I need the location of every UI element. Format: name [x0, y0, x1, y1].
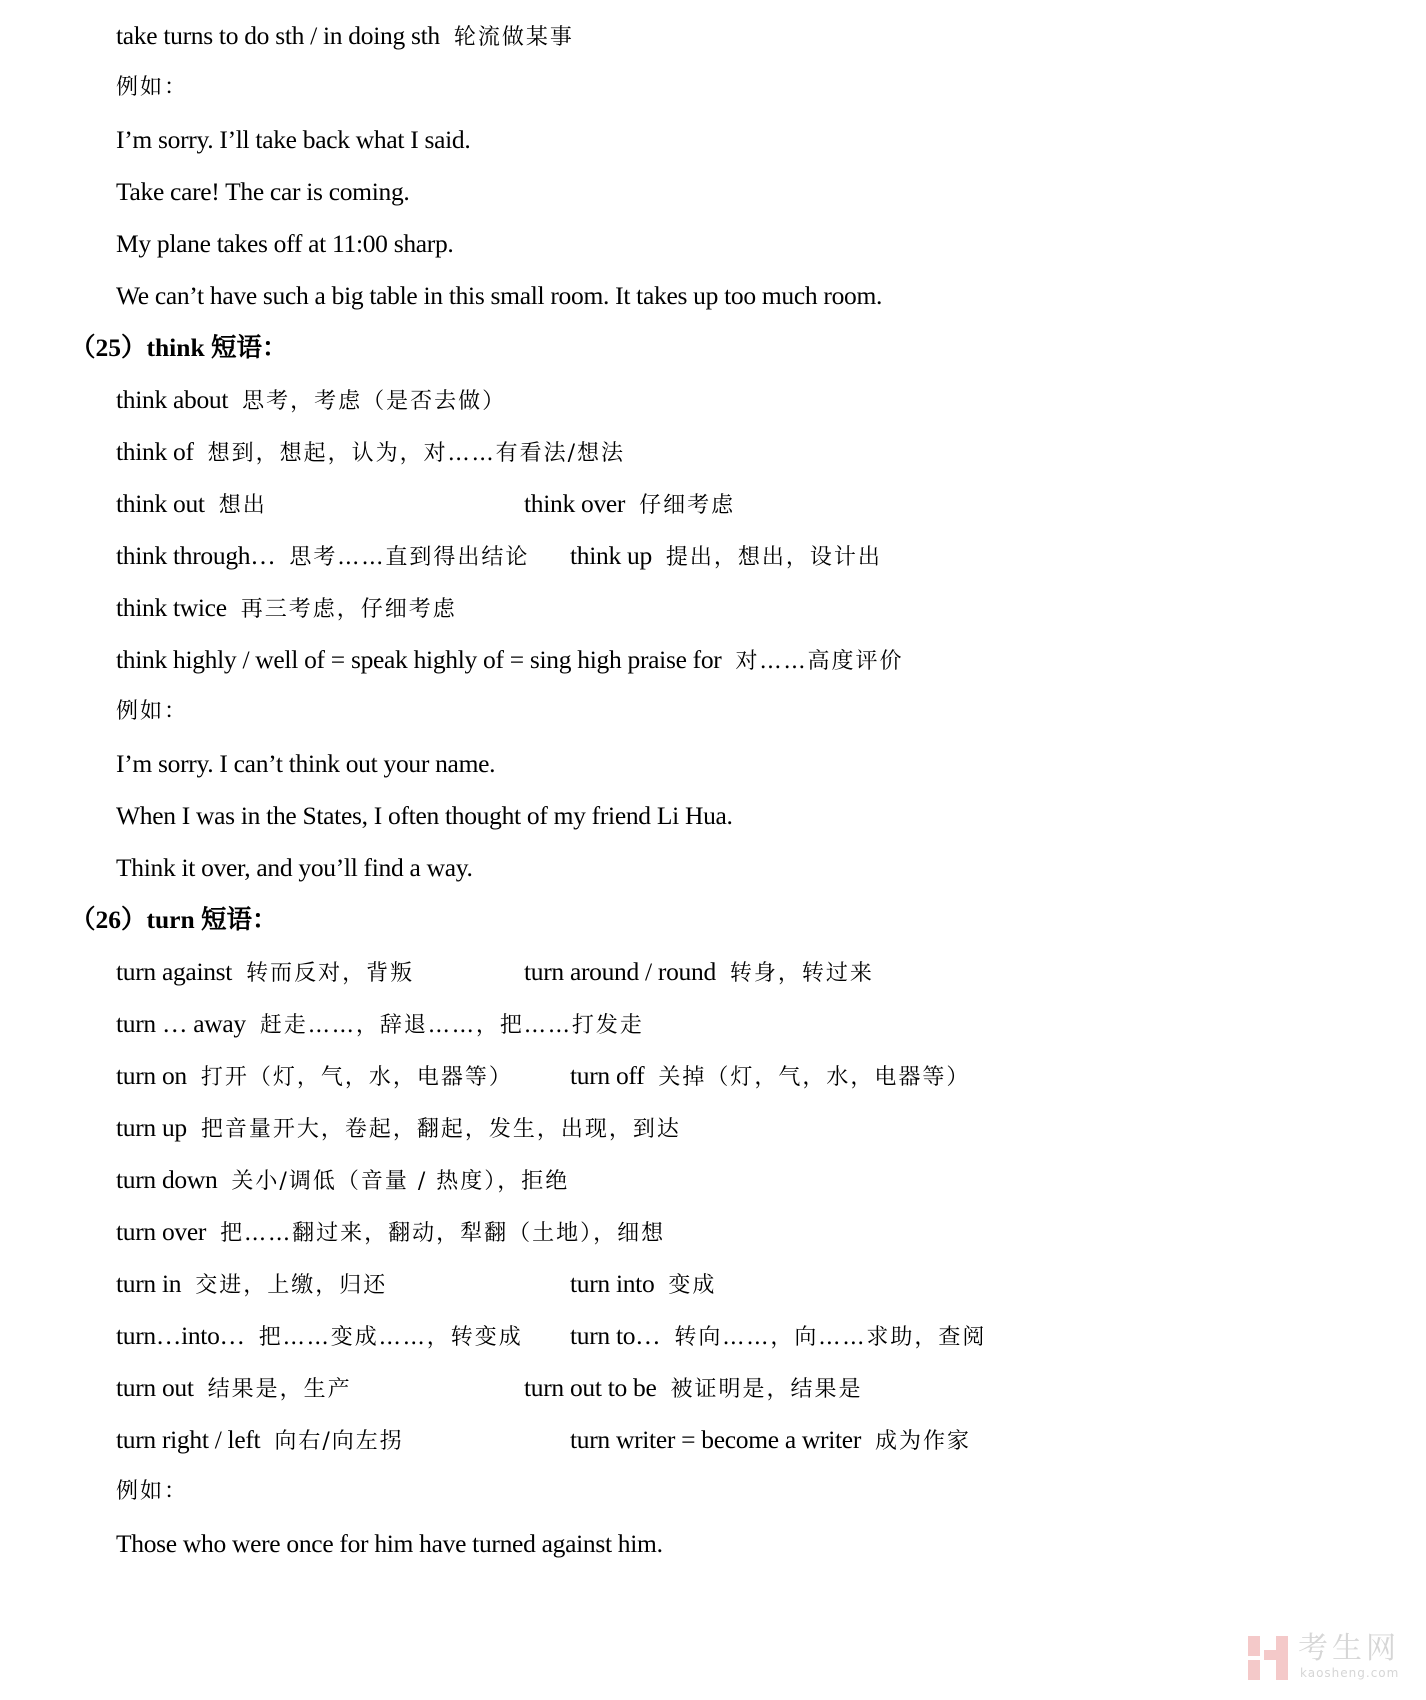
phrase-chinese: 关掉（灯，气，水，电器等）: [658, 1065, 970, 1090]
phrase-english: think twice: [116, 593, 227, 622]
phrase-chinese: 交进，上缴，归还: [195, 1273, 387, 1298]
phrase-chinese: 再三考虑，仔细考虑: [241, 597, 457, 622]
phrase-line: take turns to do sth / in doing sth轮流做某事: [116, 16, 574, 56]
phrase-english: turn in: [116, 1269, 181, 1298]
phrase-chinese: 对……高度评价: [736, 649, 904, 674]
phrase-column-2: turn around / round转身，转过来: [524, 952, 874, 994]
phrase-english: turn off: [570, 1061, 644, 1090]
phrase-column-2: turn out to be被证明是，结果是: [524, 1368, 863, 1410]
phrase-english: turn down: [116, 1165, 217, 1194]
phrase-line: think twice再三考虑，仔细考虑: [116, 588, 457, 628]
example-sentence: Think it over, and you’ll find a way.: [116, 848, 473, 888]
phrase-english: think out: [116, 489, 205, 518]
phrase-chinese: 转身，转过来: [730, 961, 874, 986]
example-sentence: Take care! The car is coming.: [116, 172, 409, 212]
phrase-chinese: 想出: [219, 493, 267, 518]
phrase-english: turn into: [570, 1269, 654, 1298]
phrase-chinese: 成为作家: [875, 1429, 971, 1454]
phrase-english: think through…: [116, 541, 275, 570]
phrase-line: turn in交进，上缴，归还 turn into变成: [116, 1264, 1016, 1304]
phrase-line: turn on打开（灯，气，水，电器等） turn off关掉（灯，气，水，电器…: [116, 1056, 1066, 1096]
phrase-chinese: 把……翻过来，翻动，犁翻（土地），细想: [220, 1221, 665, 1246]
section-heading-turn: （26）turn 短语：: [70, 900, 278, 940]
phrase-chinese: 打开（灯，气，水，电器等）: [201, 1065, 513, 1090]
phrase-english: take turns to do sth / in doing sth: [116, 21, 440, 50]
phrase-english: think over: [524, 489, 625, 518]
watermark-subtitle: kaosheng.com: [1300, 1666, 1399, 1680]
phrase-line: think highly / well of = speak highly of…: [116, 640, 904, 680]
phrase-line: turn … away赶走……，辞退……，把……打发走: [116, 1004, 644, 1044]
watermark-title: 考生网: [1298, 1632, 1400, 1666]
phrase-line: think of想到，想起，认为，对……有看法/想法: [116, 432, 625, 472]
phrase-english: think highly / well of = speak highly of…: [116, 645, 722, 674]
phrase-english: think about: [116, 385, 228, 414]
phrase-column-2: turn to…转向……，向……求助，查阅: [570, 1316, 986, 1358]
phrase-line: turn out结果是，生产 turn out to be被证明是，结果是: [116, 1368, 1016, 1408]
phrase-line: turn over把……翻过来，翻动，犁翻（土地），细想: [116, 1212, 665, 1252]
phrase-line: think out想出 think over仔细考虑: [116, 484, 1016, 524]
example-sentence: I’m sorry. I’ll take back what I said.: [116, 120, 470, 160]
phrase-column-2: think over仔细考虑: [524, 484, 735, 526]
phrase-line: think about思考，考虑（是否去做）: [116, 380, 506, 420]
phrase-chinese: 轮流做某事: [454, 25, 574, 50]
phrase-chinese: 转向……，向……求助，查阅: [674, 1325, 986, 1350]
phrase-chinese: 把音量开大，卷起，翻起，发生，出现，到达: [201, 1117, 681, 1142]
watermark: 考生网 kaosheng.com: [1248, 1632, 1418, 1684]
phrase-line: turn…into…把……变成……，转变成 turn to…转向……，向……求助…: [116, 1316, 1066, 1356]
phrase-column-2: turn into变成: [570, 1264, 716, 1306]
phrase-chinese: 关小/调低（音量 / 热度），拒绝: [231, 1169, 569, 1194]
phrase-english: turn over: [116, 1217, 206, 1246]
phrase-english: turn…into…: [116, 1321, 245, 1350]
example-sentence: Those who were once for him have turned …: [116, 1524, 663, 1564]
phrase-english: turn … away: [116, 1009, 246, 1038]
phrase-chinese: 思考，考虑（是否去做）: [242, 389, 506, 414]
phrase-chinese: 想到，想起，认为，对……有看法/想法: [208, 441, 625, 466]
phrase-chinese: 思考……直到得出结论: [289, 545, 529, 570]
phrase-chinese: 结果是，生产: [208, 1377, 352, 1402]
phrase-english: turn up: [116, 1113, 187, 1142]
phrase-chinese: 被证明是，结果是: [671, 1377, 863, 1402]
example-sentence: I’m sorry. I can’t think out your name.: [116, 744, 495, 784]
phrase-line: turn up把音量开大，卷起，翻起，发生，出现，到达: [116, 1108, 681, 1148]
phrase-english: think of: [116, 437, 194, 466]
phrase-english: think up: [570, 541, 652, 570]
phrase-english: turn right / left: [116, 1425, 260, 1454]
phrase-column-2: turn writer = become a writer成为作家: [570, 1420, 971, 1462]
phrase-english: turn on: [116, 1061, 187, 1090]
phrase-english: turn around / round: [524, 957, 716, 986]
phrase-english: turn out to be: [524, 1373, 657, 1402]
phrase-chinese: 向右/向左拐: [274, 1429, 403, 1454]
section-heading-think: （25）think 短语：: [70, 328, 288, 368]
phrase-english: turn to…: [570, 1321, 660, 1350]
phrase-line: turn down关小/调低（音量 / 热度），拒绝: [116, 1160, 569, 1200]
phrase-chinese: 变成: [668, 1273, 716, 1298]
phrase-chinese: 赶走……，辞退……，把……打发走: [260, 1013, 644, 1038]
example-label: 例如：: [116, 1472, 188, 1512]
example-sentence: My plane takes off at 11:00 sharp.: [116, 224, 454, 264]
phrase-line: turn against转而反对，背叛 turn around / round转…: [116, 952, 1016, 992]
phrase-line: turn right / left向右/向左拐 turn writer = be…: [116, 1420, 1066, 1460]
phrase-column-2: turn off关掉（灯，气，水，电器等）: [570, 1056, 970, 1098]
phrase-column-2: think up提出，想出，设计出: [570, 536, 882, 578]
phrase-line: think through…思考……直到得出结论 think up提出，想出，设…: [116, 536, 1016, 576]
example-label: 例如：: [116, 68, 188, 108]
phrase-chinese: 提出，想出，设计出: [666, 545, 882, 570]
phrase-chinese: 把……变成……，转变成: [259, 1325, 523, 1350]
example-sentence: We can’t have such a big table in this s…: [116, 276, 882, 316]
phrase-chinese: 转而反对，背叛: [246, 961, 414, 986]
example-sentence: When I was in the States, I often though…: [116, 796, 733, 836]
example-label: 例如：: [116, 692, 188, 732]
phrase-english: turn out: [116, 1373, 194, 1402]
kaosheng-logo-icon: [1248, 1636, 1288, 1680]
phrase-english: turn writer = become a writer: [570, 1425, 861, 1454]
phrase-english: turn against: [116, 957, 232, 986]
phrase-chinese: 仔细考虑: [639, 493, 735, 518]
